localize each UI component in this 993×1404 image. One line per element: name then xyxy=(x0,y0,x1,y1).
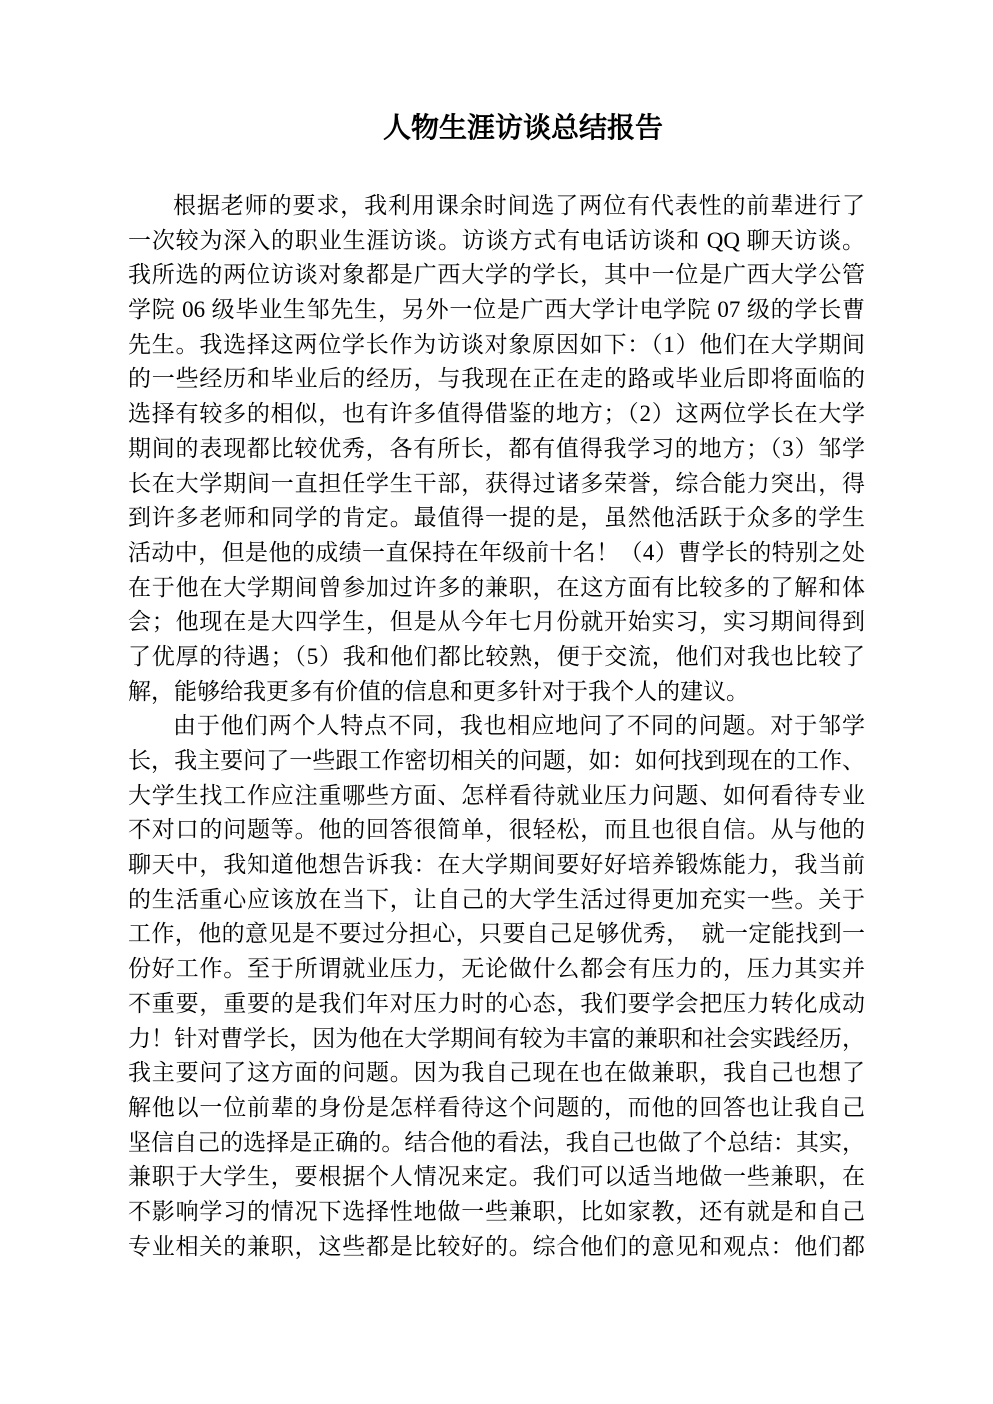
text-line: 会；他现在是大四学生，但是从今年七月份就开始实习，实习期间得到 xyxy=(128,605,865,640)
text-line: 解，能够给我更多有价值的信息和更多针对于我个人的建议。 xyxy=(128,675,865,710)
text-line: 先生。我选择这两位学长作为访谈对象原因如下：（1）他们在大学期间 xyxy=(128,328,865,363)
paragraph: 由于他们两个人特点不同，我也相应地问了不同的问题。对于邹学长，我主要问了一些跟工… xyxy=(128,709,865,1264)
text-line: 不重要，重要的是我们年对压力时的心态，我们要学会把压力转化成动 xyxy=(128,987,865,1022)
text-line: 份好工作。至于所谓就业压力，无论做什么都会有压力的，压力其实并 xyxy=(128,952,865,987)
document-content: 人物生涯访谈总结报告 根据老师的要求，我利用课余时间选了两位有代表性的前辈进行了… xyxy=(128,109,865,1264)
text-line: 专业相关的兼职，这些都是比较好的。综合他们的意见和观点：他们都 xyxy=(128,1230,865,1265)
text-line: 的一些经历和毕业后的经历，与我现在正在走的路或毕业后即将面临的 xyxy=(128,362,865,397)
text-line: 兼职于大学生，要根据个人情况来定。我们可以适当地做一些兼职，在 xyxy=(128,1160,865,1195)
text-line: 长在大学期间一直担任学生干部，获得过诸多荣誉，综合能力突出，得 xyxy=(128,467,865,502)
text-line: 我主要问了这方面的问题。因为我自己现在也在做兼职，我自己也想了 xyxy=(128,1056,865,1091)
document-body: 根据老师的要求，我利用课余时间选了两位有代表性的前辈进行了一次较为深入的职业生涯… xyxy=(128,189,865,1264)
text-line: 到许多老师和同学的肯定。最值得一提的是，虽然他活跃于众多的学生 xyxy=(128,501,865,536)
text-line: 我所选的两位访谈对象都是广西大学的学长，其中一位是广西大学公管 xyxy=(128,258,865,293)
text-line: 聊天中，我知道他想告诉我：在大学期间要好好培养锻炼能力，我当前 xyxy=(128,848,865,883)
text-line: 了优厚的待遇；（5）我和他们都比较熟，便于交流，他们对我也比较了 xyxy=(128,640,865,675)
paragraph: 根据老师的要求，我利用课余时间选了两位有代表性的前辈进行了一次较为深入的职业生涯… xyxy=(128,189,865,709)
text-line: 坚信自己的选择是正确的。结合他的看法，我自己也做了个总结：其实， xyxy=(128,1126,865,1161)
text-line: 不对口的问题等。他的回答很简单，很轻松，而且也很自信。从与他的 xyxy=(128,813,865,848)
text-line: 的生活重心应该放在当下，让自己的大学生活过得更加充实一些。关于 xyxy=(128,883,865,918)
text-line: 由于他们两个人特点不同，我也相应地问了不同的问题。对于邹学 xyxy=(128,709,865,744)
text-line: 在于他在大学期间曾参加过许多的兼职，在这方面有比较多的了解和体 xyxy=(128,571,865,606)
text-line: 期间的表现都比较优秀，各有所长，都有值得我学习的地方；（3）邹学 xyxy=(128,432,865,467)
text-line: 学院 06 级毕业生邹先生，另外一位是广西大学计电学院 07 级的学长曹 xyxy=(128,293,865,328)
text-line: 不影响学习的情况下选择性地做一些兼职，比如家教，还有就是和自己 xyxy=(128,1195,865,1230)
document-title: 人物生涯访谈总结报告 xyxy=(128,109,865,148)
text-line: 根据老师的要求，我利用课余时间选了两位有代表性的前辈进行了 xyxy=(128,189,865,224)
text-line: 活动中，但是他的成绩一直保持在年级前十名！（4）曹学长的特别之处 xyxy=(128,536,865,571)
text-line: 大学生找工作应注重哪些方面、怎样看待就业压力问题、如何看待专业 xyxy=(128,779,865,814)
text-line: 选择有较多的相似，也有许多值得借鉴的地方；（2）这两位学长在大学 xyxy=(128,397,865,432)
text-line: 长，我主要问了一些跟工作密切相关的问题，如：如何找到现在的工作、 xyxy=(128,744,865,779)
text-line: 工作，他的意见是不要过分担心，只要自己足够优秀， 就一定能找到一 xyxy=(128,917,865,952)
text-line: 力！针对曹学长，因为他在大学期间有较为丰富的兼职和社会实践经历， xyxy=(128,1022,865,1057)
document-page: 人物生涯访谈总结报告 根据老师的要求，我利用课余时间选了两位有代表性的前辈进行了… xyxy=(0,0,993,1404)
text-line: 一次较为深入的职业生涯访谈。访谈方式有电话访谈和 QQ 聊天访谈。 xyxy=(128,224,865,259)
text-line: 解他以一位前辈的身份是怎样看待这个问题的，而他的回答也让我自己 xyxy=(128,1091,865,1126)
